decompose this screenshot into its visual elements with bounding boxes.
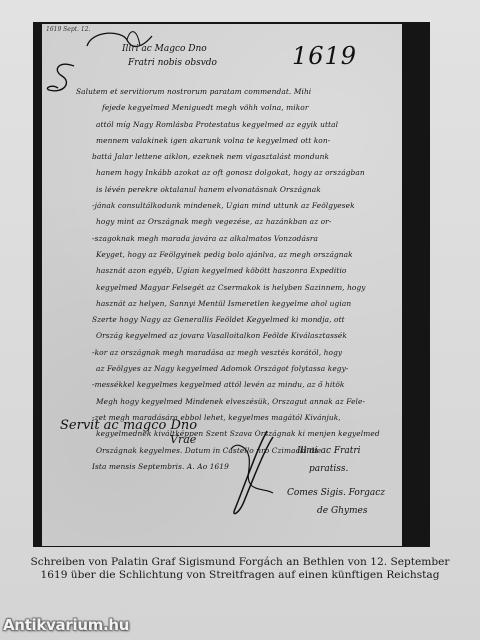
body-line: hogy mint az Országnak megh vegezése, az… <box>62 214 392 230</box>
year-heading: 1619 <box>292 42 357 70</box>
body-line: Megh hogy kegyelmed Mindenek elveszésük,… <box>62 394 392 410</box>
signature-line: Illmi ac Fratri <box>247 442 385 460</box>
signature-line: paratiss. <box>247 460 385 478</box>
caption-line: 1619 über die Schlichtung von Streitfrag… <box>20 569 460 582</box>
figure-caption: Schreiben von Palatin Graf Sigismund For… <box>20 556 460 582</box>
site-watermark: Antikvarium.hu <box>3 616 129 634</box>
body-line: battá Jalar lettene aiklon, ezeknek nem … <box>62 149 392 165</box>
body-line: -kor az országnak megh maradása az megh … <box>62 345 392 361</box>
body-line: kegyelmed Magyar Felsegét az Csermakok i… <box>62 280 392 296</box>
letter-body: Salutem et servitiorum nostrorum paratam… <box>62 84 392 475</box>
letter-closing: Servit ac magco Dno Vrae <box>60 419 197 447</box>
body-line: -szagoknak megh marada javára az alkalma… <box>62 231 392 247</box>
body-line: -messékkel kegyelmes kegyelmed attól lev… <box>62 377 392 393</box>
signature-line: Comes Sigis. Forgacz <box>247 484 385 502</box>
body-line: Szerte hogy Nagy az Generallis Feöldet K… <box>62 312 392 328</box>
body-line: Ország kegyelmed az jovara Vasalloitalko… <box>62 328 392 344</box>
book-page: 1619 Sept. 12. Illri ac Magco Dno Fratri… <box>0 0 480 640</box>
body-line: -jának consultálkodunk mindenek, Ugian m… <box>62 198 392 214</box>
signature-block: Illmi ac Fratri paratiss. Comes Sigis. F… <box>247 442 385 520</box>
body-line: is lévén perekre oktalanul hanem elvonat… <box>62 182 392 198</box>
body-line: az Feölgyes az Nagy kegyelmed Adomok Ors… <box>62 361 392 377</box>
body-line: Salutem et servitiorum nostrorum paratam… <box>62 84 392 100</box>
closing-line: Servit ac magco Dno <box>60 419 197 433</box>
body-line: attól míg Nagy Romlásba Protestatus kegy… <box>62 117 392 133</box>
body-line: hanem hogy Inkább azokat az oft gonosz d… <box>62 165 392 181</box>
signature-line: de Ghymes <box>247 502 385 520</box>
caption-line: Schreiben von Palatin Graf Sigismund For… <box>20 556 460 569</box>
body-line: hasznát az helyen, Sannyi Mentül Ismeret… <box>62 296 392 312</box>
body-line: fejede kegyelmed Meniguedt megh vöhh vol… <box>62 100 392 116</box>
handwritten-letter: 1619 Sept. 12. Illri ac Magco Dno Fratri… <box>42 24 402 546</box>
body-line: hasznát azon egyéb, Ugian kegyelmed köbö… <box>62 263 392 279</box>
closing-line: Vrae <box>60 433 197 447</box>
body-line: mennem valakinek igen akarunk volna te k… <box>62 133 392 149</box>
body-line: Keyget, hogy az Feölgyinek pedig bolo aj… <box>62 247 392 263</box>
